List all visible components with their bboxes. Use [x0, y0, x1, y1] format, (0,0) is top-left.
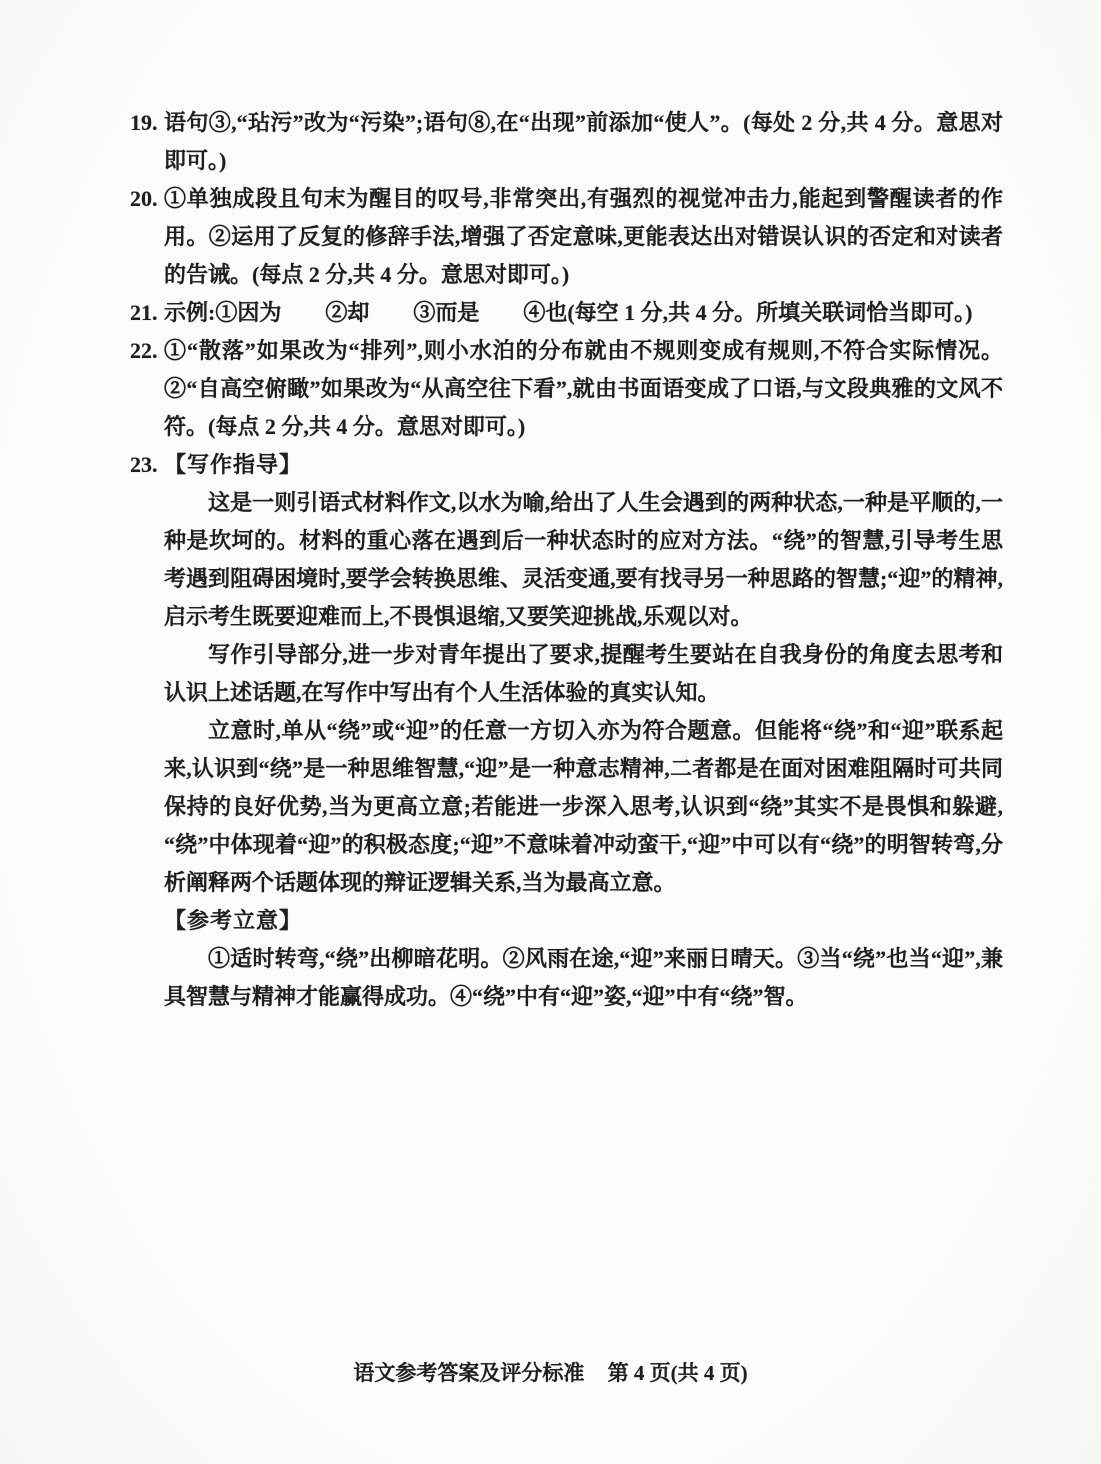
essay-paragraph-1: 这是一则引语式材料作文,以水为喻,给出了人生会遇到的两种状态,一种是平顺的,一种… — [164, 484, 1003, 636]
item-text-20: ①单独成段且句末为醒目的叹号,非常突出,有强烈的视觉冲击力,能起到警醒读者的作用… — [164, 180, 1003, 294]
footer-page-number: 第 4 页(共 4 页) — [608, 1361, 748, 1385]
essay-paragraph-3: 立意时,单从“绕”或“迎”的任意一方切入亦为符合题意。但能将“绕”和“迎”联系起… — [164, 712, 1003, 902]
reference-ideas-text: ①适时转弯,“绕”出柳暗花明。②风雨在途,“迎”来丽日晴天。③当“绕”也当“迎”… — [164, 940, 1003, 1016]
document-page: 19. 语句③,“玷污”改为“污染”;语句⑧,在“出现”前添加“使人”。(每处 … — [0, 0, 1101, 1464]
item-text-21: 示例:①因为 ②却 ③而是 ④也(每空 1 分,共 4 分。所填关联词恰当即可。… — [164, 294, 1003, 332]
item-text-22: ①“散落”如果改为“排列”,则小水泊的分布就由不规则变成有规则,不符合实际情况。… — [164, 332, 1003, 446]
page-footer: 语文参考答案及评分标准 第 4 页(共 4 页) — [0, 1356, 1101, 1390]
footer-document-title: 语文参考答案及评分标准 — [353, 1361, 584, 1385]
item-number-22: 22. — [130, 332, 164, 370]
reference-ideas-heading: 【参考立意】 — [164, 902, 1003, 940]
answer-item-23: 23. 【写作指导】 — [130, 446, 1003, 484]
item-number-23: 23. — [130, 446, 164, 484]
answer-item-22: 22. ①“散落”如果改为“排列”,则小水泊的分布就由不规则变成有规则,不符合实… — [130, 332, 1003, 446]
item-number-19: 19. — [130, 104, 164, 142]
answer-item-20: 20. ①单独成段且句末为醒目的叹号,非常突出,有强烈的视觉冲击力,能起到警醒读… — [130, 180, 1003, 294]
answer-item-21: 21. 示例:①因为 ②却 ③而是 ④也(每空 1 分,共 4 分。所填关联词恰… — [130, 294, 1003, 332]
item-text-19: 语句③,“玷污”改为“污染”;语句⑧,在“出现”前添加“使人”。(每处 2 分,… — [164, 104, 1003, 180]
answer-sheet: 19. 语句③,“玷污”改为“污染”;语句⑧,在“出现”前添加“使人”。(每处 … — [130, 104, 1003, 1016]
item-number-21: 21. — [130, 294, 164, 332]
item-number-20: 20. — [130, 180, 164, 218]
essay-paragraph-2: 写作引导部分,进一步对青年提出了要求,提醒考生要站在自我身份的角度去思考和认识上… — [164, 636, 1003, 712]
answer-item-19: 19. 语句③,“玷污”改为“污染”;语句⑧,在“出现”前添加“使人”。(每处 … — [130, 104, 1003, 180]
writing-guide-heading: 【写作指导】 — [164, 446, 302, 484]
writing-guide-body: 这是一则引语式材料作文,以水为喻,给出了人生会遇到的两种状态,一种是平顺的,一种… — [164, 484, 1003, 1016]
